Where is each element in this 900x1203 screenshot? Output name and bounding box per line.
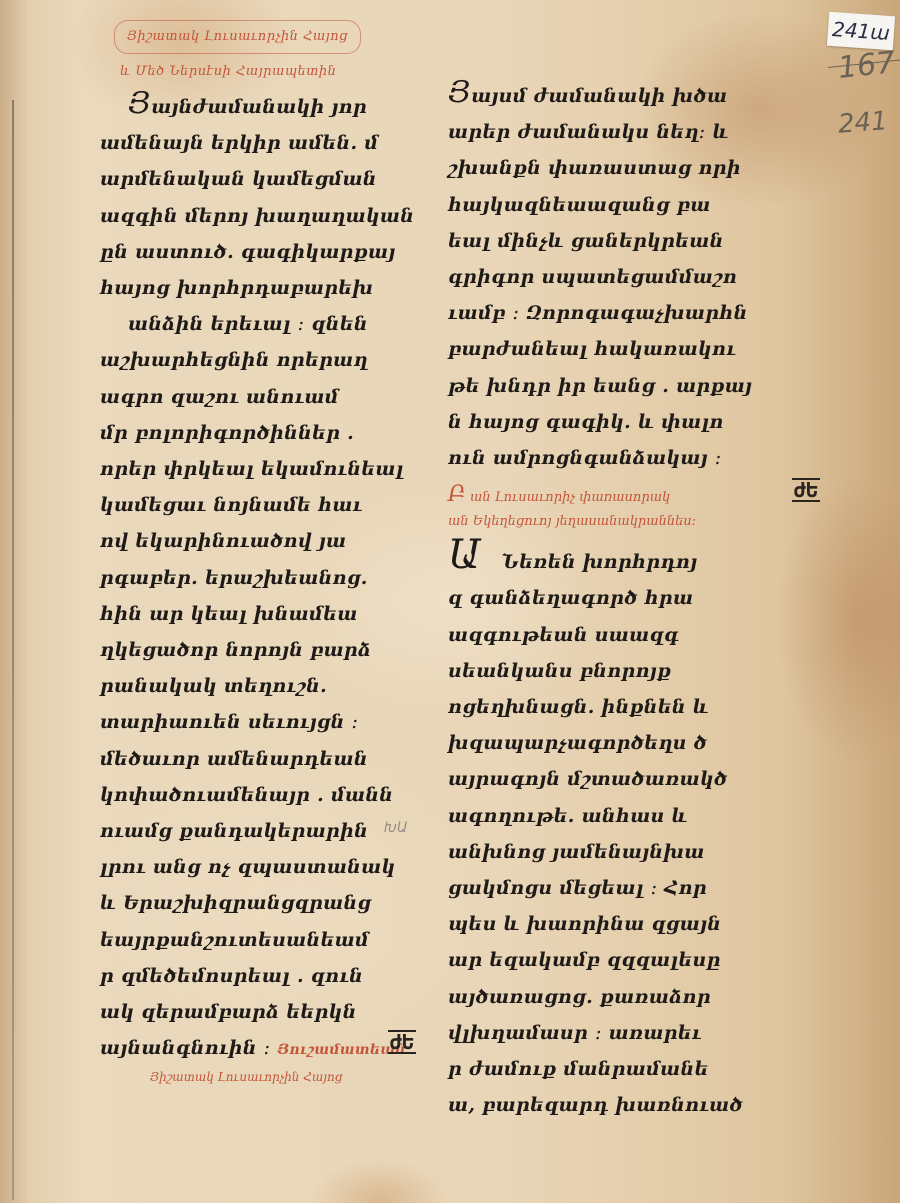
text-line: ոցեղխնացն. ինքնեն և bbox=[448, 689, 788, 725]
text-line: լրու անց ոչ զպաստանակ bbox=[100, 849, 430, 885]
text-line: կոփածուամենայր . մանն bbox=[100, 777, 430, 813]
text-line: Յայնժամանակի յոր bbox=[100, 86, 430, 125]
pencil-struck-folio-number: 167 bbox=[836, 45, 897, 86]
closing-rubric-sub: Յիշատակ Լուսաւորչին Հայոց bbox=[150, 1066, 430, 1088]
text-line: և Երաշխիզրանցզրանց bbox=[100, 885, 430, 921]
text-line: հայկազնեաազանց բա bbox=[448, 187, 788, 223]
text-line: մր բոլորիգործիններ . bbox=[100, 415, 430, 451]
text-line: բարժանեալ հակառակու bbox=[448, 331, 788, 367]
right-column: Յայսմ ժամանակի խծա արեր ժամանակս նեղ։ և … bbox=[448, 75, 788, 1123]
text-line: վլխղամասր ։ առարեւ bbox=[448, 1015, 788, 1051]
text-line: ագողութե. անհաս և bbox=[448, 798, 788, 834]
text-line: արեր ժամանակս նեղ։ և bbox=[448, 114, 788, 150]
text-line: տարիաուեն սեւույցն ։ bbox=[100, 704, 430, 740]
marginal-section-number: ԺԵ bbox=[792, 478, 820, 502]
text-line: րգաբեր. երաշխեանոց. bbox=[100, 560, 430, 596]
text-line: սեանկանս բնորոյք bbox=[448, 653, 788, 689]
text-line: անխնոց յամենայնխա bbox=[448, 834, 788, 870]
rubric-line: Բ ան Լուսաւորիչ փառասորակ bbox=[448, 482, 788, 511]
text-line: ազգին մերոյ խաղաղական bbox=[100, 198, 430, 234]
text-line: շխանքն փառաստաց որի bbox=[448, 150, 788, 186]
text-line: պես և խաորինա զցայն bbox=[448, 906, 788, 942]
text-line: խզապարչագործեղս ծ bbox=[448, 725, 788, 761]
text-line: ր զմեծեմոսրեալ . զուն bbox=[100, 958, 430, 994]
closing-rubric: Յուշամատեան bbox=[277, 1042, 405, 1058]
rubric-subheading: և Մեծ Ներսէսի Հայրապետին bbox=[120, 60, 430, 84]
text-line: աշխարհեցնին որերաղ bbox=[100, 342, 430, 378]
text-line: րանակակ տեղուշն. bbox=[100, 668, 430, 704]
text-line: ակ զերամբարձ եերկն bbox=[100, 994, 430, 1030]
text-line: որեր փրկեալ եկամունեալ bbox=[100, 451, 430, 487]
text-line: ար եզակամբ զզզալեսը bbox=[448, 942, 788, 978]
text-line: ով եկարինուածով յա bbox=[100, 523, 430, 559]
text-line: ագրո զաշու անուամ bbox=[100, 379, 430, 415]
text-line: այծառացոց. քառաձոր bbox=[448, 979, 788, 1015]
binding-gutter bbox=[12, 100, 14, 1200]
manuscript-page: 241ա 167 241 ԽԱ Յիշատակ Լուսաւորչին Հայո… bbox=[0, 0, 900, 1203]
text-line: ն հայոց գագիկ. և փալո bbox=[448, 404, 788, 440]
text-line: զ գանձեղագործ հրա bbox=[448, 580, 788, 616]
left-column: Յիշատակ Լուսաւորչին Հայոց և Մեծ Ներսէսի … bbox=[100, 20, 430, 1088]
rubric-line: ան Եկեղեցուոյ յեղասանակրաննես։ bbox=[448, 511, 788, 533]
folio-label-sticker: 241ա bbox=[827, 12, 895, 51]
rubric-block: Բ ան Լուսաւորիչ փառասորակ ան Եկեղեցուոյ … bbox=[448, 482, 788, 533]
text-line: ւամբ ։ Զորոգագաչխարհն bbox=[448, 295, 788, 331]
initial-letter: Յ bbox=[128, 86, 151, 121]
text-line: ուամց քանդակերարին bbox=[100, 813, 430, 849]
text-line: գրիգոր սպատեցամմաշո bbox=[448, 259, 788, 295]
pencil-folio-number: 241 bbox=[837, 106, 889, 139]
text-line: այնանգնուին ։ Յուշամատեան bbox=[100, 1030, 430, 1066]
text-line: կամեցաւ նոյնամե հաւ bbox=[100, 487, 430, 523]
rubric-heading: Յիշատակ Լուսաւորչին Հայոց bbox=[114, 20, 361, 54]
text-line: ր ժամուք մանրամանե bbox=[448, 1051, 788, 1087]
big-initial-letter: Ա bbox=[448, 532, 481, 578]
text-line: ազգութեան սաազգ bbox=[448, 617, 788, 653]
text-line: Ա Նեռեն խորհրդոյ bbox=[448, 537, 788, 580]
text-line: ամենայն երկիր ամեն. մ bbox=[100, 125, 430, 161]
initial-letter: Յ bbox=[448, 75, 471, 110]
text-line: մեծաւոր ամենարդեան bbox=[100, 741, 430, 777]
text-line: ա, բարեզարդ խառնուած bbox=[448, 1087, 788, 1123]
text-line: եալ մինչև ցաներկրեան bbox=[448, 223, 788, 259]
text-line: թե խնդր իր եանց . արքայ bbox=[448, 368, 788, 404]
text-line: արմենական կամեցման bbox=[100, 161, 430, 197]
text-line: հայոց խորհրդաբարեխ bbox=[100, 270, 430, 306]
rubric-initial: Բ bbox=[448, 482, 466, 507]
text-line: եայրքանշուտեսանեամ bbox=[100, 922, 430, 958]
text-line: անձին երեւալ ։ զնեն bbox=[100, 306, 430, 342]
text-line: հին ար կեալ խնամեա bbox=[100, 596, 430, 632]
text-line: ըն աստուծ. գագիկարքայ bbox=[100, 234, 430, 270]
marginal-section-number: ԺԵ bbox=[388, 1030, 416, 1054]
text-line: ցակմոցս մեցեալ ։ Հոր bbox=[448, 870, 788, 906]
text-line: ղկեցածոր նորոյն բարձ bbox=[100, 632, 430, 668]
text-line: ուն ամրոցնգանձակայ ։ bbox=[448, 440, 788, 476]
text-line: այրագոյն մշտածառակծ bbox=[448, 761, 788, 797]
text-line: Յայսմ ժամանակի խծա bbox=[448, 75, 788, 114]
